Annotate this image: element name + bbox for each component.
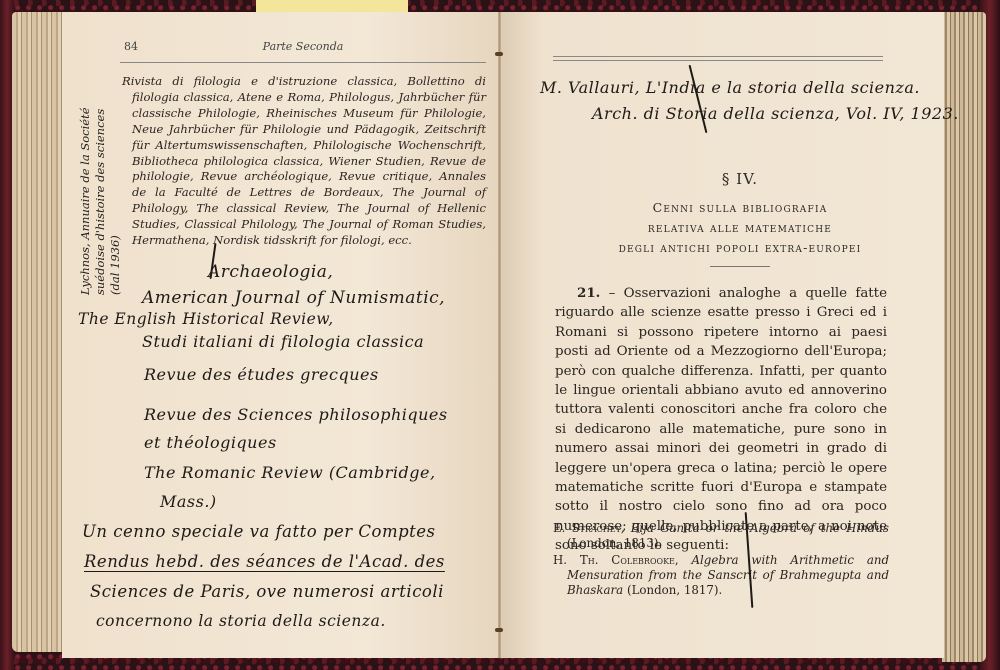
binding-stitch	[495, 628, 503, 632]
handwritten-reference: Arch. di Storia della scienza, Vol. IV, …	[592, 104, 959, 123]
handwritten-note-line: Rendus hebd. des séances de l'Acad. des	[84, 552, 445, 571]
running-title: Parte Seconda	[120, 40, 486, 53]
paragraph-text: – Osservazioni analoghe a quelle fatte r…	[555, 286, 887, 553]
reference-detail: (London, 1813).	[567, 536, 662, 550]
reference-item: E. Strachey, Bija Ganita or the Algebra …	[553, 521, 889, 552]
handwritten-note-line: Sciences de Paris, ove numerosi articoli	[90, 582, 444, 601]
sticky-note	[256, 0, 408, 12]
handwritten-addition: Studi italiani di filologia classica	[142, 332, 424, 351]
page-edges-left	[12, 12, 67, 652]
margin-note-line: (dal 1936)	[108, 35, 123, 295]
section-title-line: degli antichi popoli extra-europei	[560, 238, 920, 258]
binding-stitch	[495, 52, 503, 56]
handwritten-addition: Revue des Sciences philosophiques	[144, 405, 448, 424]
margin-note-line: suédoise d'histoire des sciences	[93, 35, 108, 295]
margin-note-line: Lychnos, Annuaire de la Société	[78, 35, 93, 295]
handwritten-addition: American Journal of Numismatic,	[142, 288, 445, 308]
handwritten-reference: M. Vallauri, L'India e la storia della s…	[540, 78, 920, 97]
printed-journal-list: Rivista di filologia e d'istruzione clas…	[122, 74, 486, 249]
section-rule	[710, 266, 770, 267]
handwritten-addition: Mass.)	[160, 492, 217, 511]
reference-author: E. Strachey	[553, 521, 621, 535]
handwritten-addition: Revue des études grecques	[144, 365, 379, 384]
reference-detail: (London, 1817).	[627, 583, 722, 597]
handwritten-addition: The Romanic Review (Cambridge,	[144, 463, 436, 482]
header-rule	[120, 62, 486, 63]
book-gutter	[498, 12, 501, 658]
handwritten-addition: The English Historical Review,	[78, 310, 334, 328]
handwritten-note-line: Un cenno speciale va fatto per Comptes	[82, 522, 436, 541]
reference-author: H. Th. Colebrooke	[553, 553, 675, 567]
handwritten-addition: et théologiques	[144, 433, 277, 452]
reference-title: Bija Ganita or the Algebra of the Hindus	[631, 521, 889, 535]
section-number: § IV.	[560, 170, 920, 188]
running-head: 84 Parte Seconda	[120, 40, 486, 60]
header-double-rule	[553, 56, 883, 61]
paragraph-21: 21. – Osservazioni analoghe a quelle fat…	[555, 284, 887, 556]
section-heading: § IV. Cenni sulla bibliografia relativa …	[560, 170, 920, 267]
section-title-line: relativa alle matematiche	[560, 218, 920, 238]
handwritten-margin-note: Lychnos, Annuaire de la Société suédoise…	[78, 35, 123, 295]
handwritten-note-line: concernono la storia della scienza.	[96, 612, 386, 630]
handwritten-addition: Archaeologia,	[208, 262, 333, 282]
paragraph-number: 21.	[577, 285, 600, 301]
reference-item: H. Th. Colebrooke, Algebra with Arithmet…	[553, 553, 889, 599]
section-title-line: Cenni sulla bibliografia	[560, 198, 920, 218]
reference-list: E. Strachey, Bija Ganita or the Algebra …	[553, 521, 889, 599]
